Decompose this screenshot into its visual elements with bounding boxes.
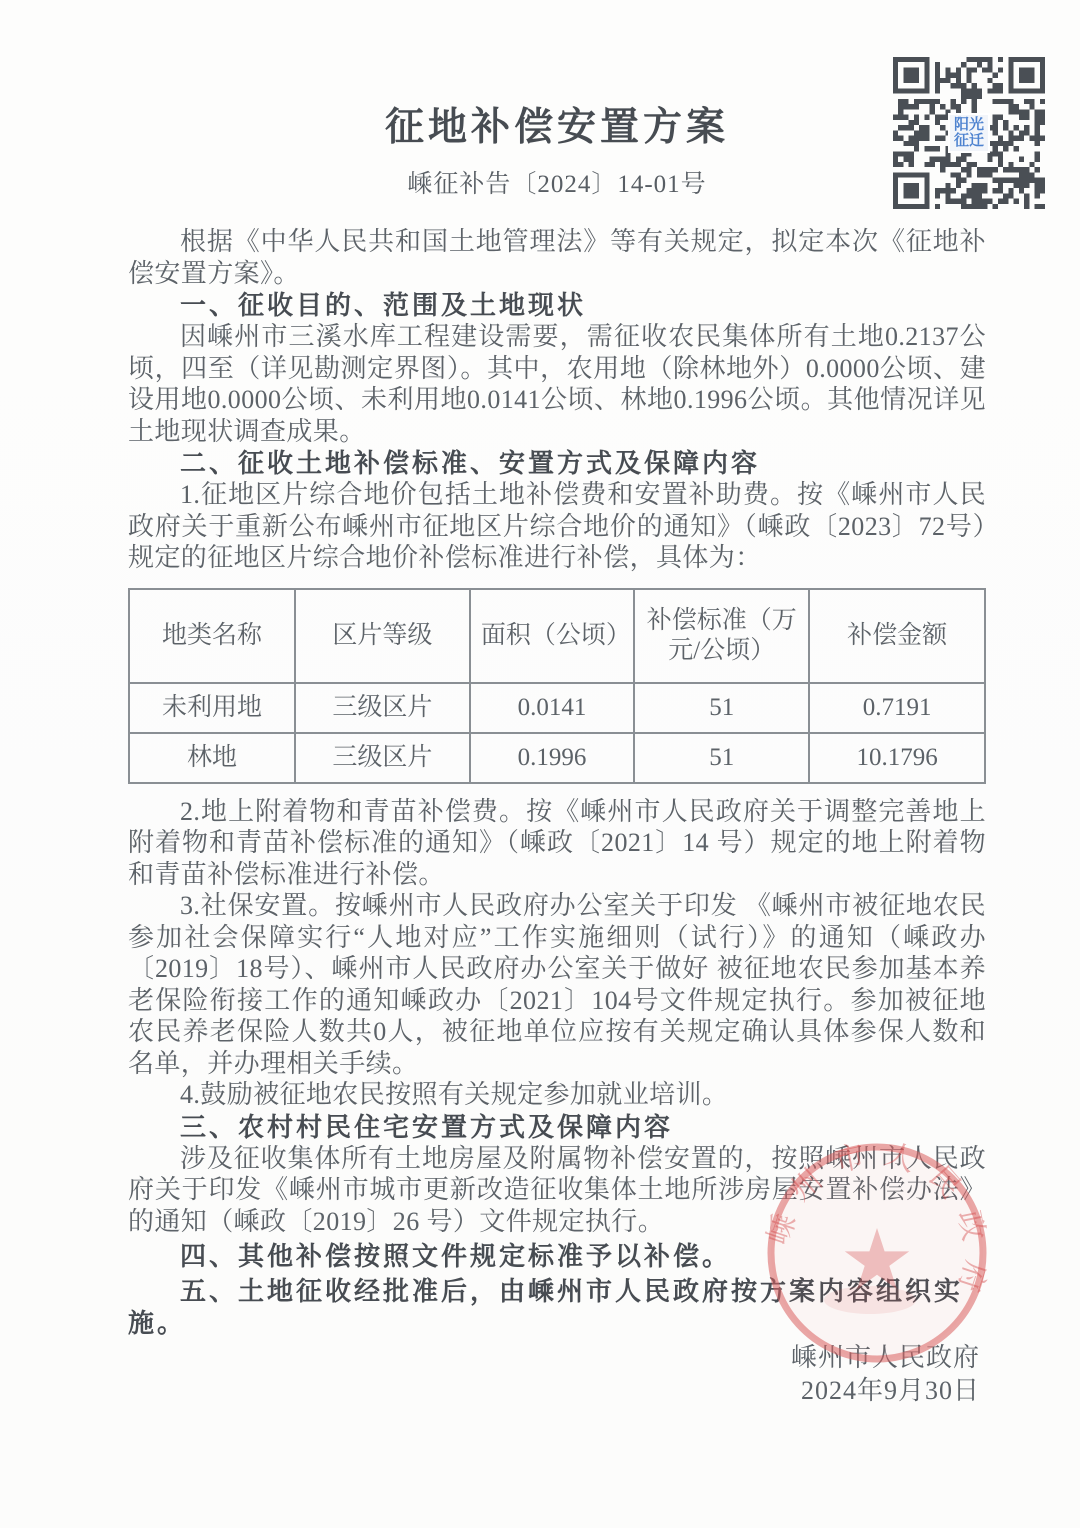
section-heading-4: 四、其他补偿按照文件规定标准予以补偿。: [128, 1240, 986, 1272]
table-cell: 林地: [129, 733, 295, 783]
table-cell: 0.7191: [809, 683, 985, 733]
table-header-zone-grade: 区片等级: [295, 589, 470, 683]
table-row: 未利用地 三级区片 0.0141 51 0.7191: [129, 683, 985, 733]
table-cell: 三级区片: [295, 733, 470, 783]
table-header-amount: 补偿金额: [809, 589, 985, 683]
paragraph-attachments: 2.地上附着物和青苗补偿费。按《嵊州市人民政府关于调整完善地上附着物和青苗补偿标…: [128, 796, 986, 891]
paragraph-intro: 根据《中华人民共和国土地管理法》等有关规定，拟定本次《征地补偿安置方案》。: [128, 226, 986, 289]
section-heading-3: 三、农村村民住宅安置方式及保障内容: [128, 1111, 986, 1143]
signature-issuer: 嵊州市人民政府: [128, 1341, 980, 1374]
table-cell: 0.0141: [470, 683, 634, 733]
document-body: 征地补偿安置方案 嵊征补告〔2024〕14-01号 根据《中华人民共和国土地管理…: [128, 104, 986, 1407]
table-cell: 未利用地: [129, 683, 295, 733]
compensation-table: 地类名称 区片等级 面积（公顷） 补偿标准（万元/公顷） 补偿金额 未利用地 三…: [128, 588, 986, 784]
paragraph-social-security: 3.社保安置。按嵊州市人民政府办公室关于印发 《嵊州市被征地农民参加社会保障实行…: [128, 890, 986, 1079]
document-number: 嵊征补告〔2024〕14-01号: [128, 170, 986, 200]
table-cell: 10.1796: [809, 733, 985, 783]
table-header-area: 面积（公顷）: [470, 589, 634, 683]
section-heading-5: 五、土地征收经批准后，由嵊州市人民政府按方案内容组织实施。: [128, 1275, 986, 1339]
document-text: 根据《中华人民共和国土地管理法》等有关规定，拟定本次《征地补偿安置方案》。 一、…: [128, 226, 986, 1407]
table-header-row: 地类名称 区片等级 面积（公顷） 补偿标准（万元/公顷） 补偿金额: [129, 589, 985, 683]
paragraph-comp-price: 1.征地区片综合地价包括土地补偿费和安置补助费。按《嵊州市人民政府关于重新公布嵊…: [128, 479, 986, 574]
signature-date: 2024年9月30日: [128, 1374, 980, 1407]
paragraph-housing: 涉及征收集体所有土地房屋及附属物补偿安置的，按照嵊州市人民政府关于印发《嵊州市城…: [128, 1143, 986, 1238]
scanned-document-page: 阳光征迁 征地补偿安置方案 嵊征补告〔2024〕14-01号 根据《中华人民共和…: [0, 0, 1080, 1528]
paragraph-land-status: 因嵊州市三溪水库工程建设需要，需征收农民集体所有土地0.2137公顷，四至（详见…: [128, 321, 986, 447]
table-cell: 51: [634, 733, 809, 783]
signature-block: 嵊州市人民政府 2024年9月30日: [128, 1341, 986, 1407]
table-cell: 三级区片: [295, 683, 470, 733]
table-row: 林地 三级区片 0.1996 51 10.1796: [129, 733, 985, 783]
table-header-land-type: 地类名称: [129, 589, 295, 683]
table-cell: 51: [634, 683, 809, 733]
section-heading-1: 一、征收目的、范围及土地现状: [128, 289, 986, 321]
section-heading-2: 二、征收土地补偿标准、安置方式及保障内容: [128, 447, 986, 479]
document-title: 征地补偿安置方案: [128, 104, 986, 152]
table-header-standard: 补偿标准（万元/公顷）: [634, 589, 809, 683]
table-cell: 0.1996: [470, 733, 634, 783]
paragraph-training: 4.鼓励被征地农民按照有关规定参加就业培训。: [128, 1079, 986, 1111]
